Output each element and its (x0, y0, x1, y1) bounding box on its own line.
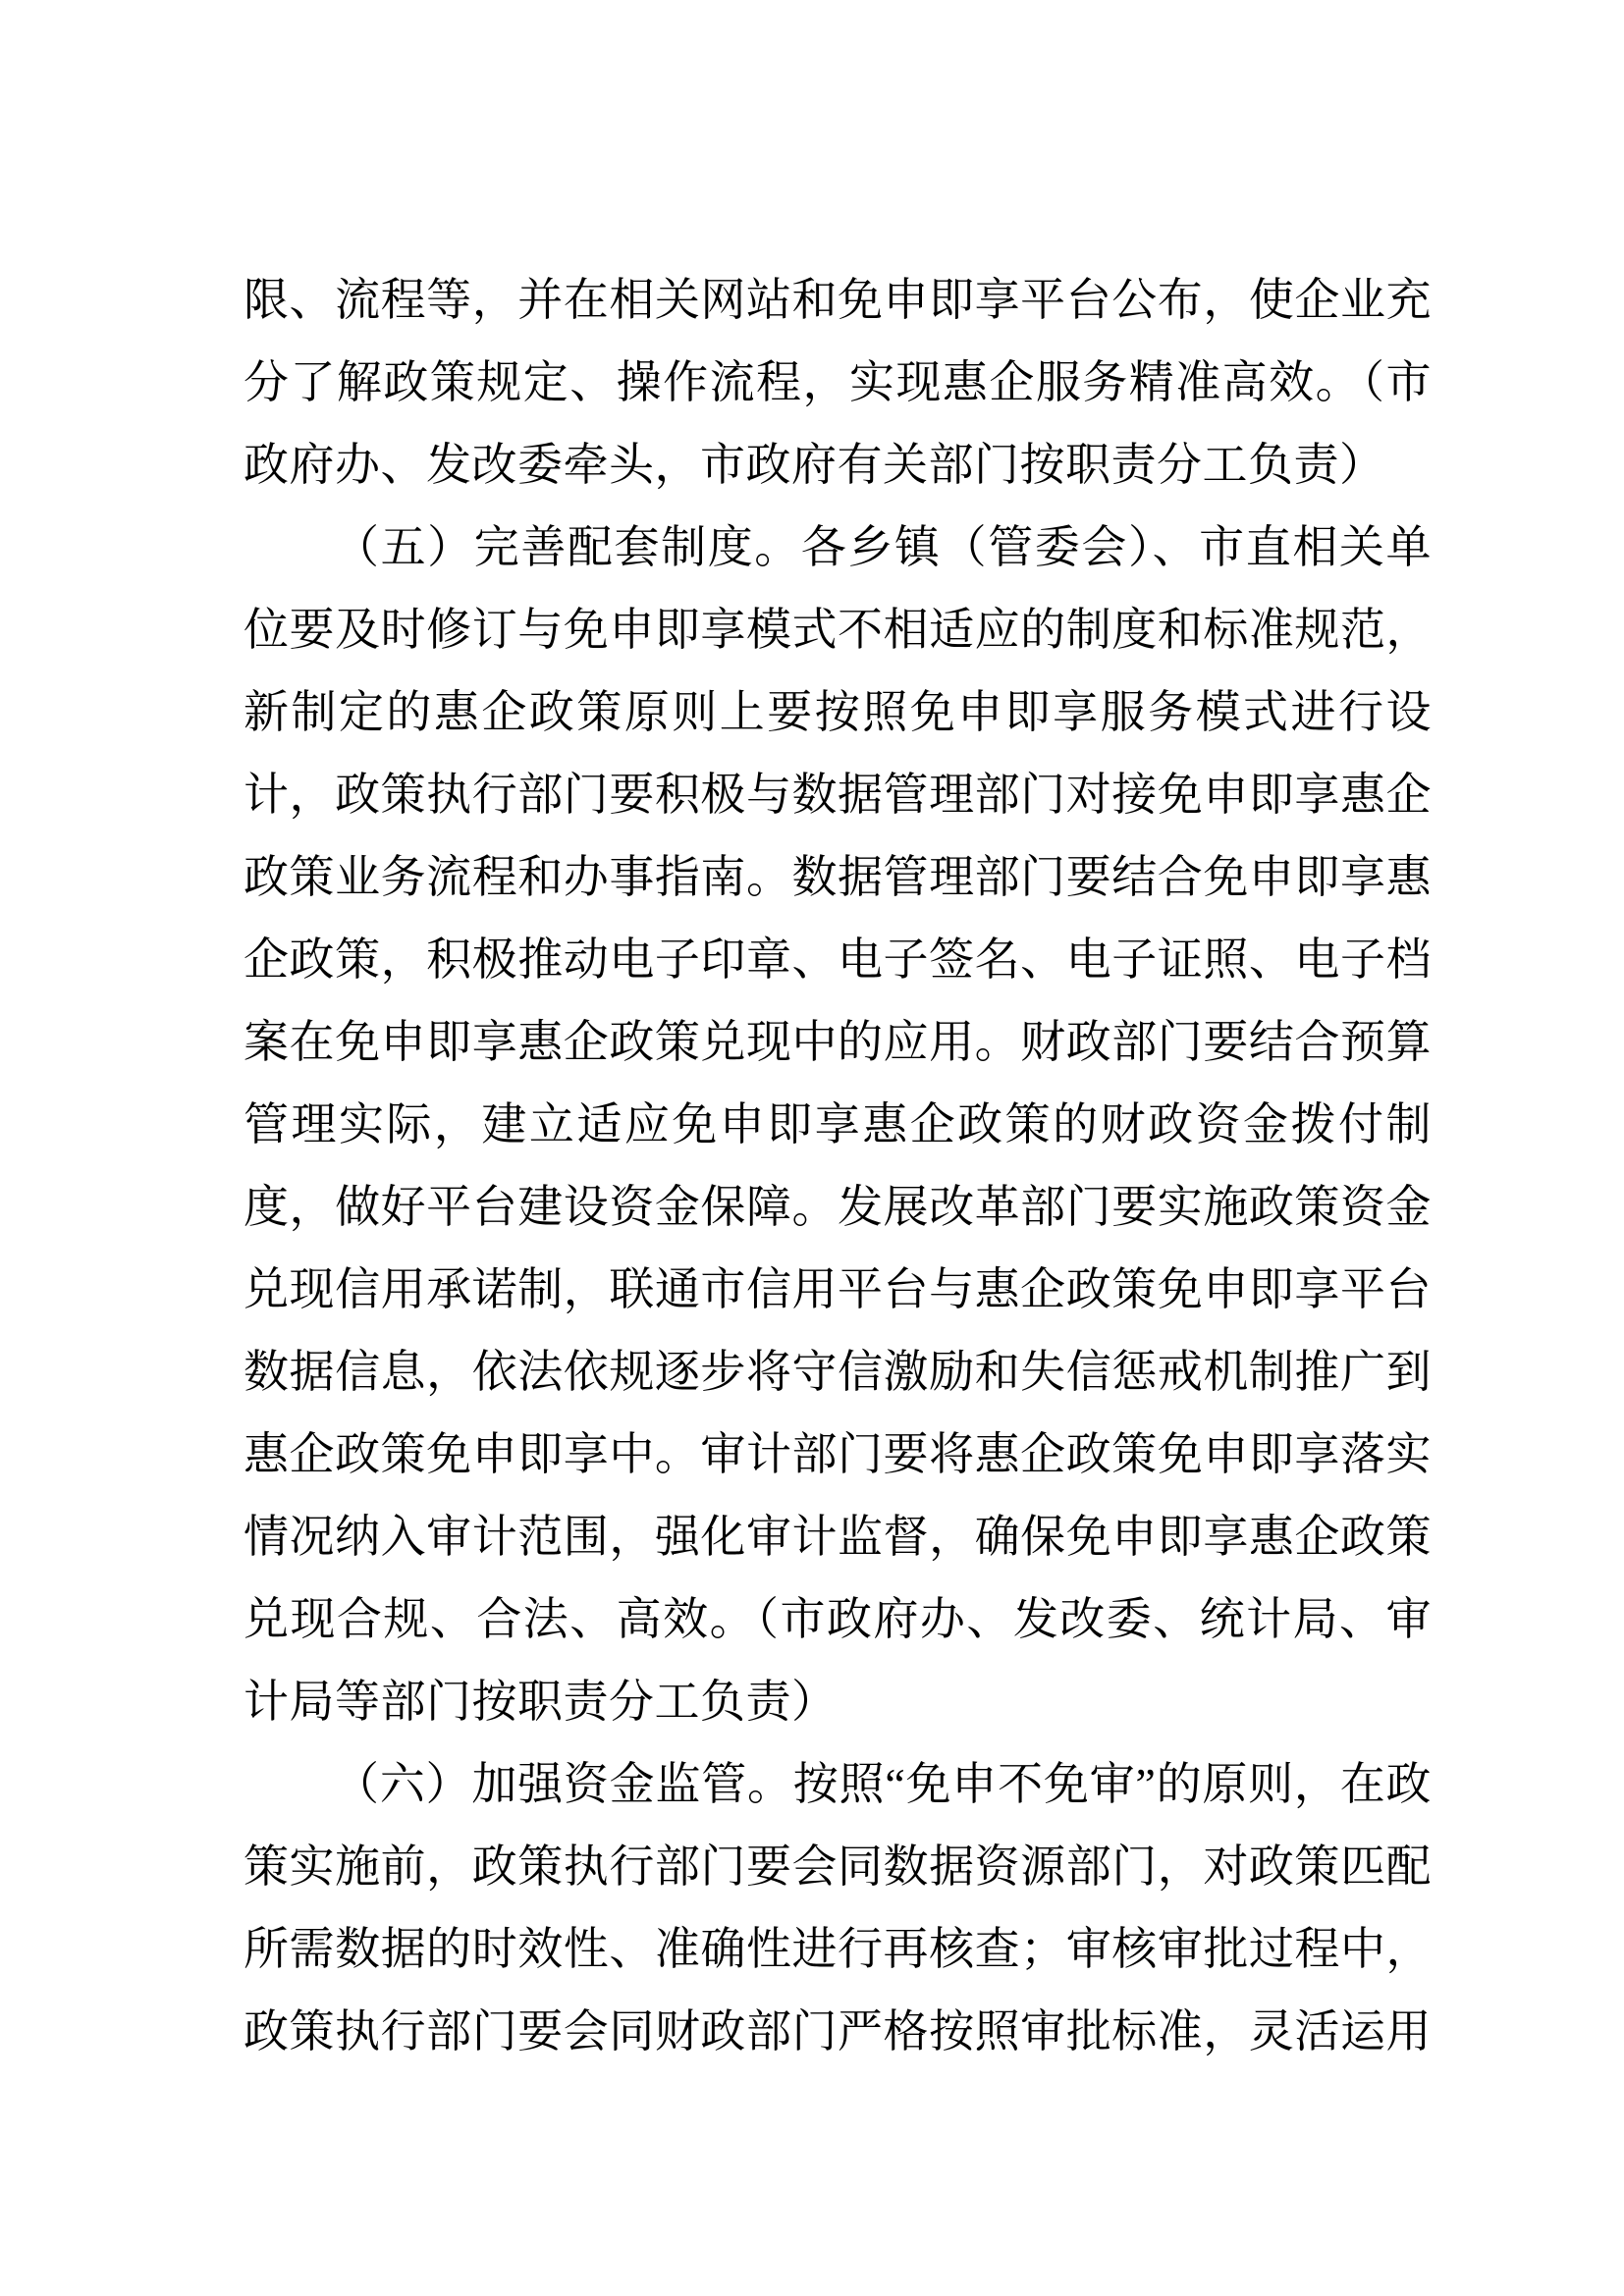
text-line: 政府办、发改委牵头，市政府有关部门按职责分工负责） (244, 424, 1432, 507)
paragraph-continuation: 限、流程等，并在相关网站和免申即享平台公布，使企业充 分了解政策规定、操作流程，… (244, 259, 1432, 507)
page-body: 限、流程等，并在相关网站和免申即享平台公布，使企业充 分了解政策规定、操作流程，… (244, 259, 1432, 2073)
text-line: 政策业务流程和办事指南。数据管理部门要结合免申即享惠 (244, 836, 1432, 919)
text-line: 度，做好平台建设资金保障。发展改革部门要实施政策资金 (244, 1166, 1432, 1249)
paragraph-section-6: （六）加强资金监管。按照“免申不免审”的原则，在政 策实施前，政策执行部门要会同… (244, 1743, 1432, 2073)
text-line: 所需数据的时效性、准确性进行再核查；审核审批过程中， (244, 1908, 1432, 1991)
text-line: 管理实际，建立适应免申即享惠企政策的财政资金拨付制 (244, 1084, 1432, 1166)
document-page: 限、流程等，并在相关网站和免申即享平台公布，使企业充 分了解政策规定、操作流程，… (0, 0, 1624, 2296)
text-line: 策实施前，政策执行部门要会同数据资源部门，对政策匹配 (244, 1826, 1432, 1908)
text-line: 案在免申即享惠企政策兑现中的应用。财政部门要结合预算 (244, 1001, 1432, 1084)
text-line: （五）完善配套制度。各乡镇（管委会）、市直相关单 (244, 507, 1432, 589)
text-line: 新制定的惠企政策原则上要按照免申即享服务模式进行设 (244, 671, 1432, 754)
text-line: 限、流程等，并在相关网站和免申即享平台公布，使企业充 (244, 259, 1432, 342)
text-line: 数据信息，依法依规逐步将守信激励和失信惩戒机制推广到 (244, 1331, 1432, 1414)
text-line: 计，政策执行部门要积极与数据管理部门对接免申即享惠企 (244, 754, 1432, 836)
text-line: 政策执行部门要会同财政部门严格按照审批标准，灵活运用 (244, 1991, 1432, 2073)
text-line: 情况纳入审计范围，强化审计监督，确保免申即享惠企政策 (244, 1496, 1432, 1578)
paragraph-section-5: （五）完善配套制度。各乡镇（管委会）、市直相关单 位要及时修订与免申即享模式不相… (244, 507, 1432, 1743)
text-line: 位要及时修订与免申即享模式不相适应的制度和标准规范， (244, 589, 1432, 671)
text-line: （六）加强资金监管。按照“免申不免审”的原则，在政 (244, 1743, 1432, 1826)
text-line: 分了解政策规定、操作流程，实现惠企服务精准高效。（市 (244, 342, 1432, 424)
text-line: 计局等部门按职责分工负责） (244, 1661, 1432, 1743)
text-line: 兑现合规、合法、高效。（市政府办、发改委、统计局、审 (244, 1578, 1432, 1661)
text-line: 惠企政策免申即享中。审计部门要将惠企政策免申即享落实 (244, 1414, 1432, 1496)
text-line: 兑现信用承诺制，联通市信用平台与惠企政策免申即享平台 (244, 1249, 1432, 1331)
text-line: 企政策，积极推动电子印章、电子签名、电子证照、电子档 (244, 919, 1432, 1001)
